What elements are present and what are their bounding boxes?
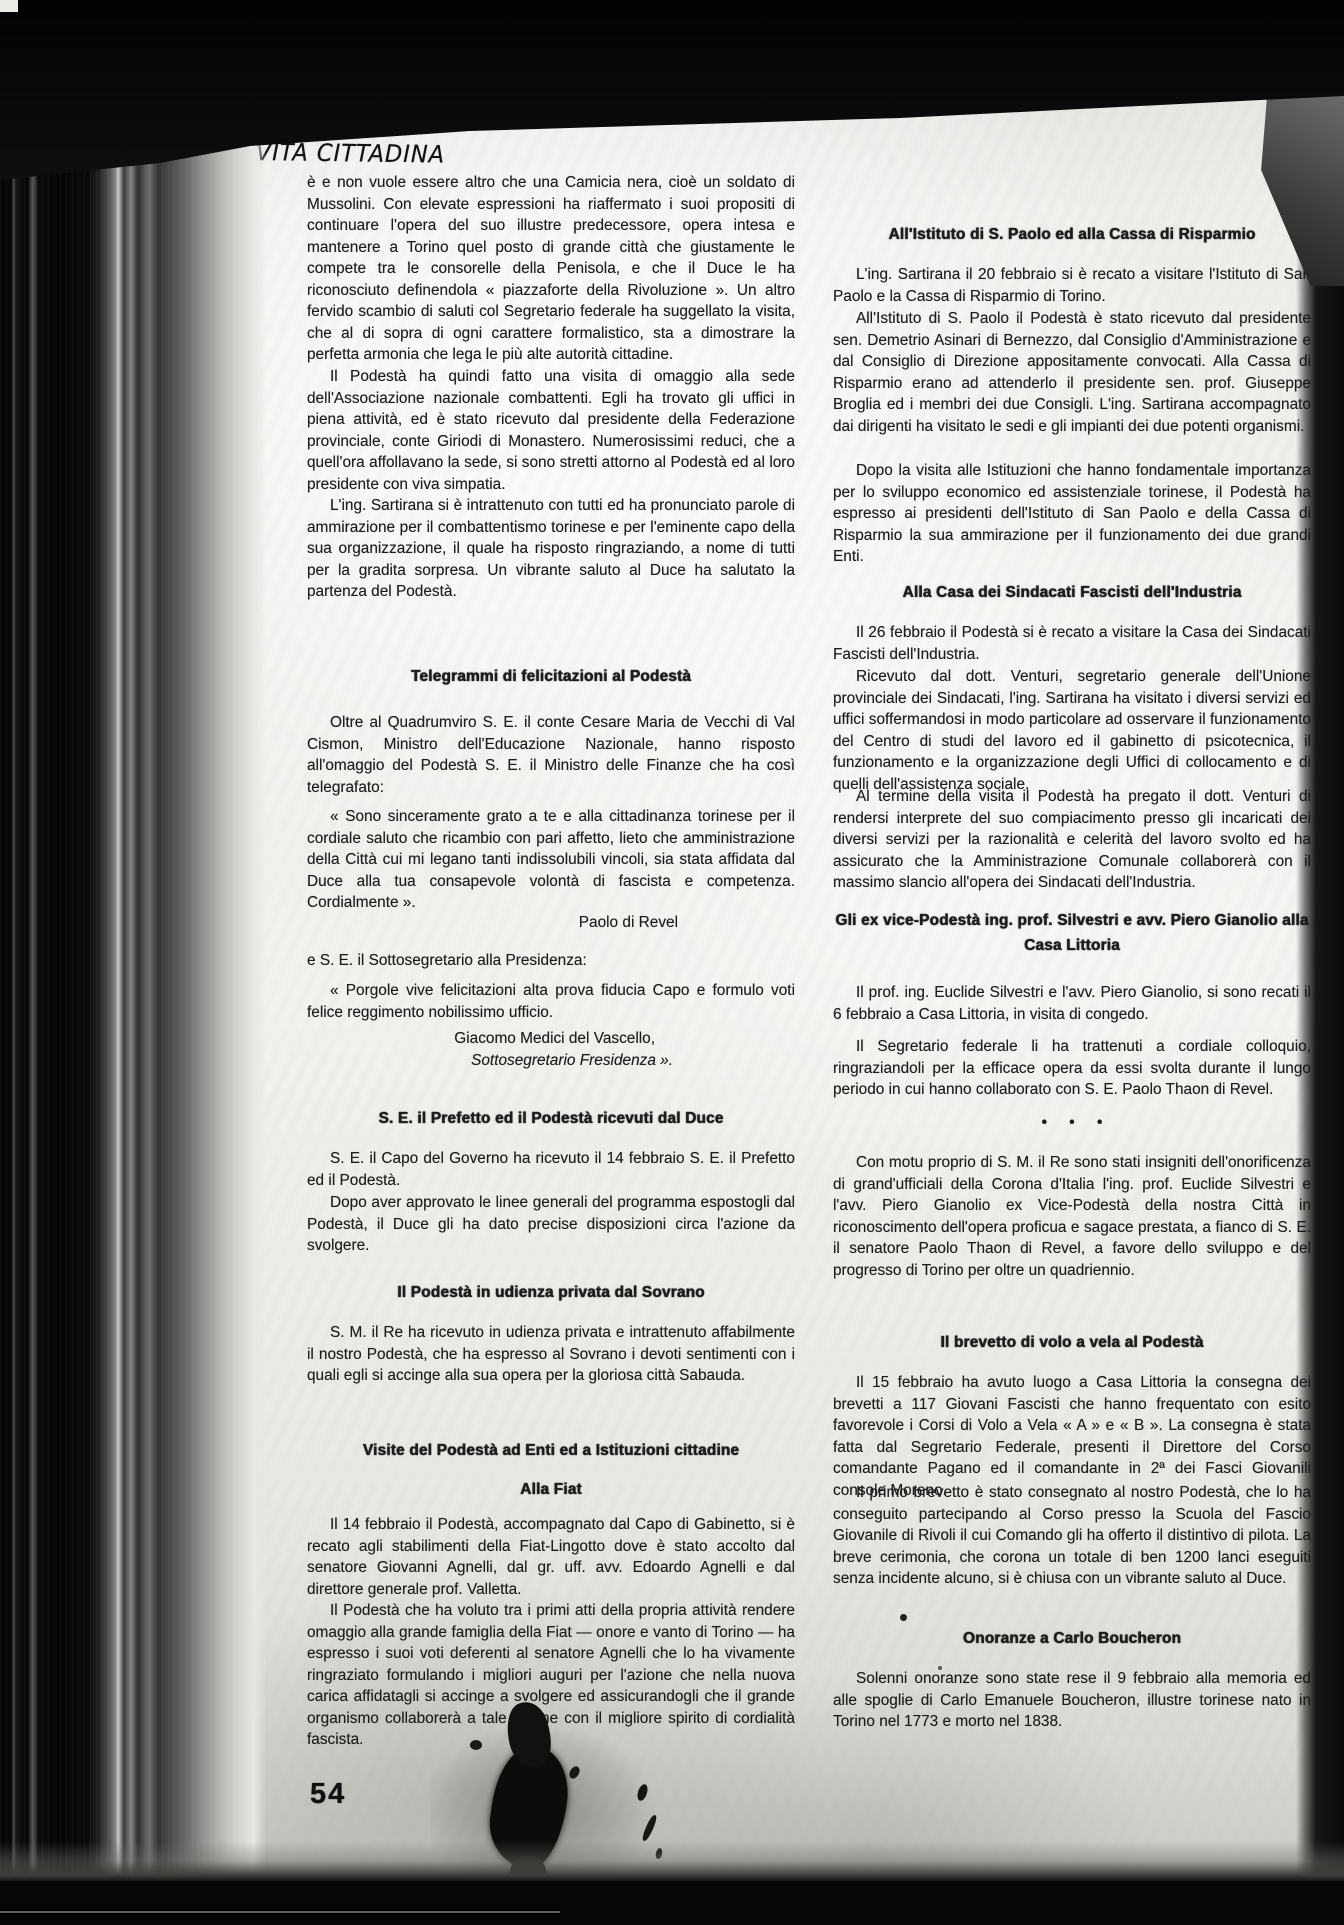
ink-speck bbox=[938, 1666, 942, 1670]
paragraph: All'Istituto di S. Paolo il Podestà è st… bbox=[833, 308, 1311, 437]
paragraph: Il 26 febbraio il Podestà si è recato a … bbox=[833, 622, 1311, 665]
bottom-scratch-line bbox=[0, 1911, 560, 1913]
paragraph: Il primo brevetto è stato consegnato al … bbox=[833, 1482, 1311, 1590]
page-number: 54 bbox=[310, 1778, 346, 1811]
ink-speck bbox=[470, 1740, 482, 1750]
section-heading: S. E. il Prefetto ed il Podestà ricevuti… bbox=[307, 1106, 795, 1131]
scanned-magazine-page: VITA CITTADINA è e non vuole essere altr… bbox=[0, 0, 1344, 1925]
corner-notch bbox=[0, 0, 18, 12]
section-heading: Gli ex vice-Podestà ing. prof. Silvestri… bbox=[833, 908, 1311, 958]
paragraph: Il Podestà ha quindi fatto una visita di… bbox=[307, 366, 795, 495]
paragraph: è e non vuole essere altro che una Camic… bbox=[307, 172, 795, 366]
section-heading: Alla Casa dei Sindacati Fascisti dell'In… bbox=[833, 580, 1311, 605]
paragraph: S. M. il Re ha ricevuto in udienza priva… bbox=[307, 1322, 795, 1387]
ink-speck bbox=[900, 1614, 907, 1621]
separator-dots: • • • bbox=[833, 1112, 1311, 1134]
paragraph: Al termine della visita il Podestà ha pr… bbox=[833, 786, 1311, 894]
section-heading: All'Istituto di S. Paolo ed alla Cassa d… bbox=[833, 222, 1311, 247]
section-heading: Il brevetto di volo a vela al Podestà bbox=[833, 1330, 1311, 1355]
section-heading: Il Podestà in udienza privata dal Sovran… bbox=[307, 1280, 795, 1305]
right-edge-shadow bbox=[1296, 0, 1344, 1925]
section-heading: Visite del Podestà ad Enti ed a Istituzi… bbox=[307, 1438, 795, 1463]
paragraph: Con motu proprio di S. M. il Re sono sta… bbox=[833, 1152, 1311, 1281]
paragraph: Il 14 febbraio il Podestà, accompagnato … bbox=[307, 1514, 795, 1600]
subsection-heading: Alla Fiat bbox=[307, 1477, 795, 1502]
paragraph: S. E. il Capo del Governo ha ricevuto il… bbox=[307, 1148, 795, 1191]
paragraph: « Sono sinceramente grato a te e alla ci… bbox=[307, 806, 795, 914]
left-column: è e non vuole essere altro che una Camic… bbox=[307, 0, 795, 1925]
paragraph: Ricevuto dal dott. Venturi, segretario g… bbox=[833, 666, 1311, 795]
bottom-edge-fade bbox=[0, 1841, 1344, 1881]
signature: Giacomo Medici del Vascello, bbox=[307, 1028, 795, 1050]
paragraph: Il prof. ing. Euclide Silvestri e l'avv.… bbox=[833, 982, 1311, 1025]
film-strip-edge bbox=[0, 0, 266, 1925]
paragraph: Il Segretario federale li ha trattenuti … bbox=[833, 1036, 1311, 1101]
paragraph: Dopo aver approvato le linee generali de… bbox=[307, 1192, 795, 1257]
paragraph: Dopo la visita alle Istituzioni che hann… bbox=[833, 460, 1311, 568]
section-heading: Onoranze a Carlo Boucheron bbox=[833, 1626, 1311, 1651]
paragraph: Oltre al Quadrumviro S. E. il conte Cesa… bbox=[307, 712, 795, 798]
paragraph: Solenni onoranze sono state rese il 9 fe… bbox=[833, 1668, 1311, 1733]
signature: Sottosegretario Fresidenza ». bbox=[307, 1050, 795, 1072]
paragraph: L'ing. Sartirana si è intrattenuto con t… bbox=[307, 495, 795, 603]
section-heading: Telegrammi di felicitazioni al Podestà bbox=[307, 664, 795, 689]
right-column: All'Istituto di S. Paolo ed alla Cassa d… bbox=[833, 0, 1311, 1925]
bottom-shadow-band bbox=[0, 1881, 1344, 1925]
paragraph: L'ing. Sartirana il 20 febbraio si è rec… bbox=[833, 264, 1311, 307]
signature: Paolo di Revel bbox=[307, 912, 795, 934]
paragraph: « Porgole vive felicitazioni alta prova … bbox=[307, 980, 795, 1023]
paragraph: e S. E. il Sottosegretario alla Presiden… bbox=[307, 950, 795, 972]
